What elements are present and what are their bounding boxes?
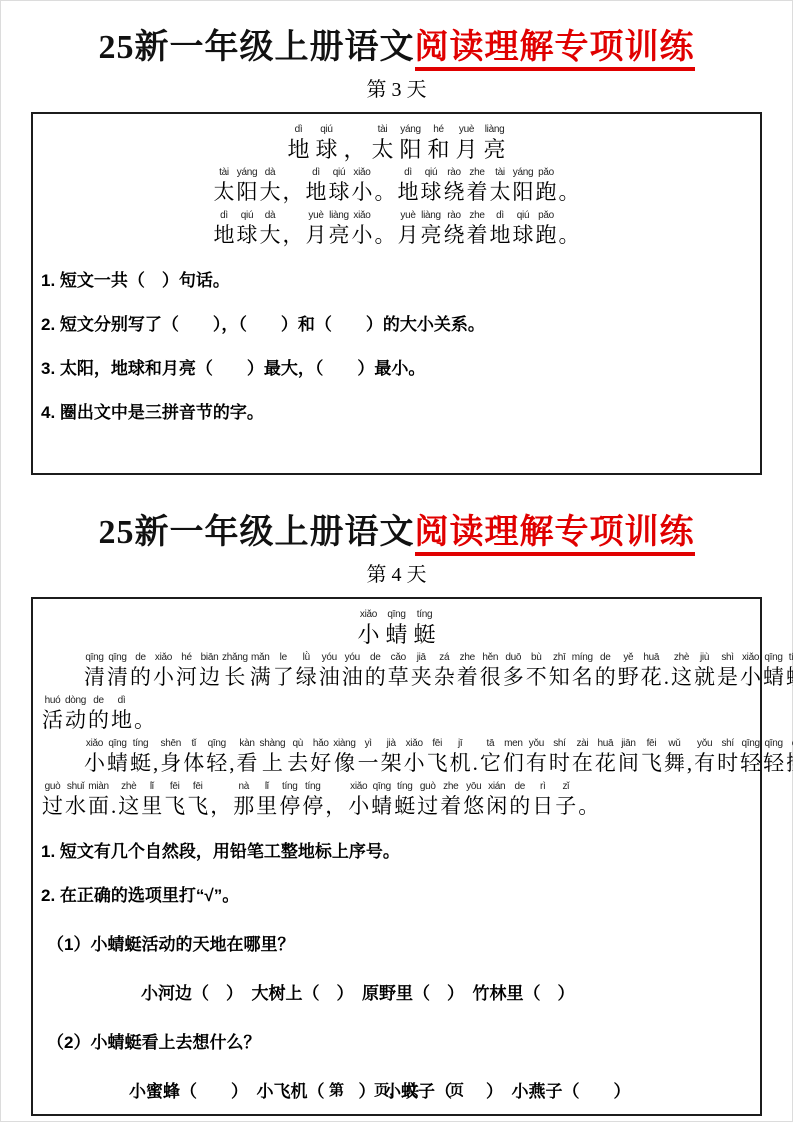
question-3: 3. 太阳，地球和月亮（ ）最大，（ ）最小。 xyxy=(41,358,752,381)
worksheet-page: 25新一年级上册语文阅读理解专项训练 第 3 天 dì地qiú球，tài太yán… xyxy=(0,0,793,1122)
question-1: 1. 短文一共（ ）句话。 xyxy=(41,270,752,293)
passage-line-2: dì地qiú球dà大，yuè月liàng亮xiǎo小。yuè月liàng亮rào… xyxy=(41,209,752,249)
paragraph-row-2: huó活dòng动de的dì地。 xyxy=(41,694,752,734)
title-black-part: 25新一年级上册语文 xyxy=(99,514,415,551)
page-title-day3: 25新一年级上册语文阅读理解专项训练 xyxy=(0,28,793,67)
sub-question-1-label: （1）小蜻蜓活动的天地在哪里？ xyxy=(41,934,752,957)
question-2: 2. 在正确的选项里打“√”。 xyxy=(41,885,752,908)
title-red-underlined-part: 阅读理解专项训练 xyxy=(415,29,695,71)
passage-title-earth-sun-moon: dì地qiú球，tài太yáng阳hé和yuè月liàng亮 xyxy=(41,123,752,163)
paragraph-row-3: xiǎo小qīng蜻tíng蜓,shēn身tǐ体qīng轻,kàn看shàng上… xyxy=(41,737,752,777)
sub-question-1-options: 小河边（ ） 大树上（ ） 原野里（ ） 竹林里（ ） xyxy=(41,983,752,1006)
title-black-part: 25新一年级上册语文 xyxy=(99,29,415,66)
page-title-day4: 25新一年级上册语文阅读理解专项训练 xyxy=(0,513,793,552)
passage-title-dragonfly: xiǎo小qīng蜻tíng蜓 xyxy=(41,608,752,648)
question-1: 1. 短文有几个自然段，用铅笔工整地标上序号。 xyxy=(41,841,752,864)
question-2: 2. 短文分别写了（ ），（ ）和（ ）的大小关系。 xyxy=(41,314,752,337)
day-label-4: 第 4 天 xyxy=(0,558,793,587)
title-red-underlined-part: 阅读理解专项训练 xyxy=(415,514,695,556)
footer-page-label: 第 页，共 页 xyxy=(0,1079,793,1100)
paragraph-row-1: qīng清qīng清de的xiǎo小hé河biān边zhǎng长mǎn满le了l… xyxy=(41,651,752,691)
sub-question-2-label: （2）小蜻蜓看上去想什么？ xyxy=(41,1032,752,1055)
day-label-3: 第 3 天 xyxy=(0,73,793,102)
paragraph-row-4: guò过shuǐ水miàn面.zhè这lǐ里fēi飞fēi飞，nà那lǐ里tín… xyxy=(41,780,752,820)
question-4: 4. 圈出文中是三拼音节的字。 xyxy=(41,402,752,425)
passage-box-day4: xiǎo小qīng蜻tíng蜓 qīng清qīng清de的xiǎo小hé河biā… xyxy=(31,597,762,1116)
passage-line-1: tài太yáng阳dà大，dì地qiú球xiǎo小。dì地qiú球rào绕zhe… xyxy=(41,166,752,206)
passage-box-day3: dì地qiú球，tài太yáng阳hé和yuè月liàng亮 tài太yáng阳… xyxy=(31,112,762,475)
